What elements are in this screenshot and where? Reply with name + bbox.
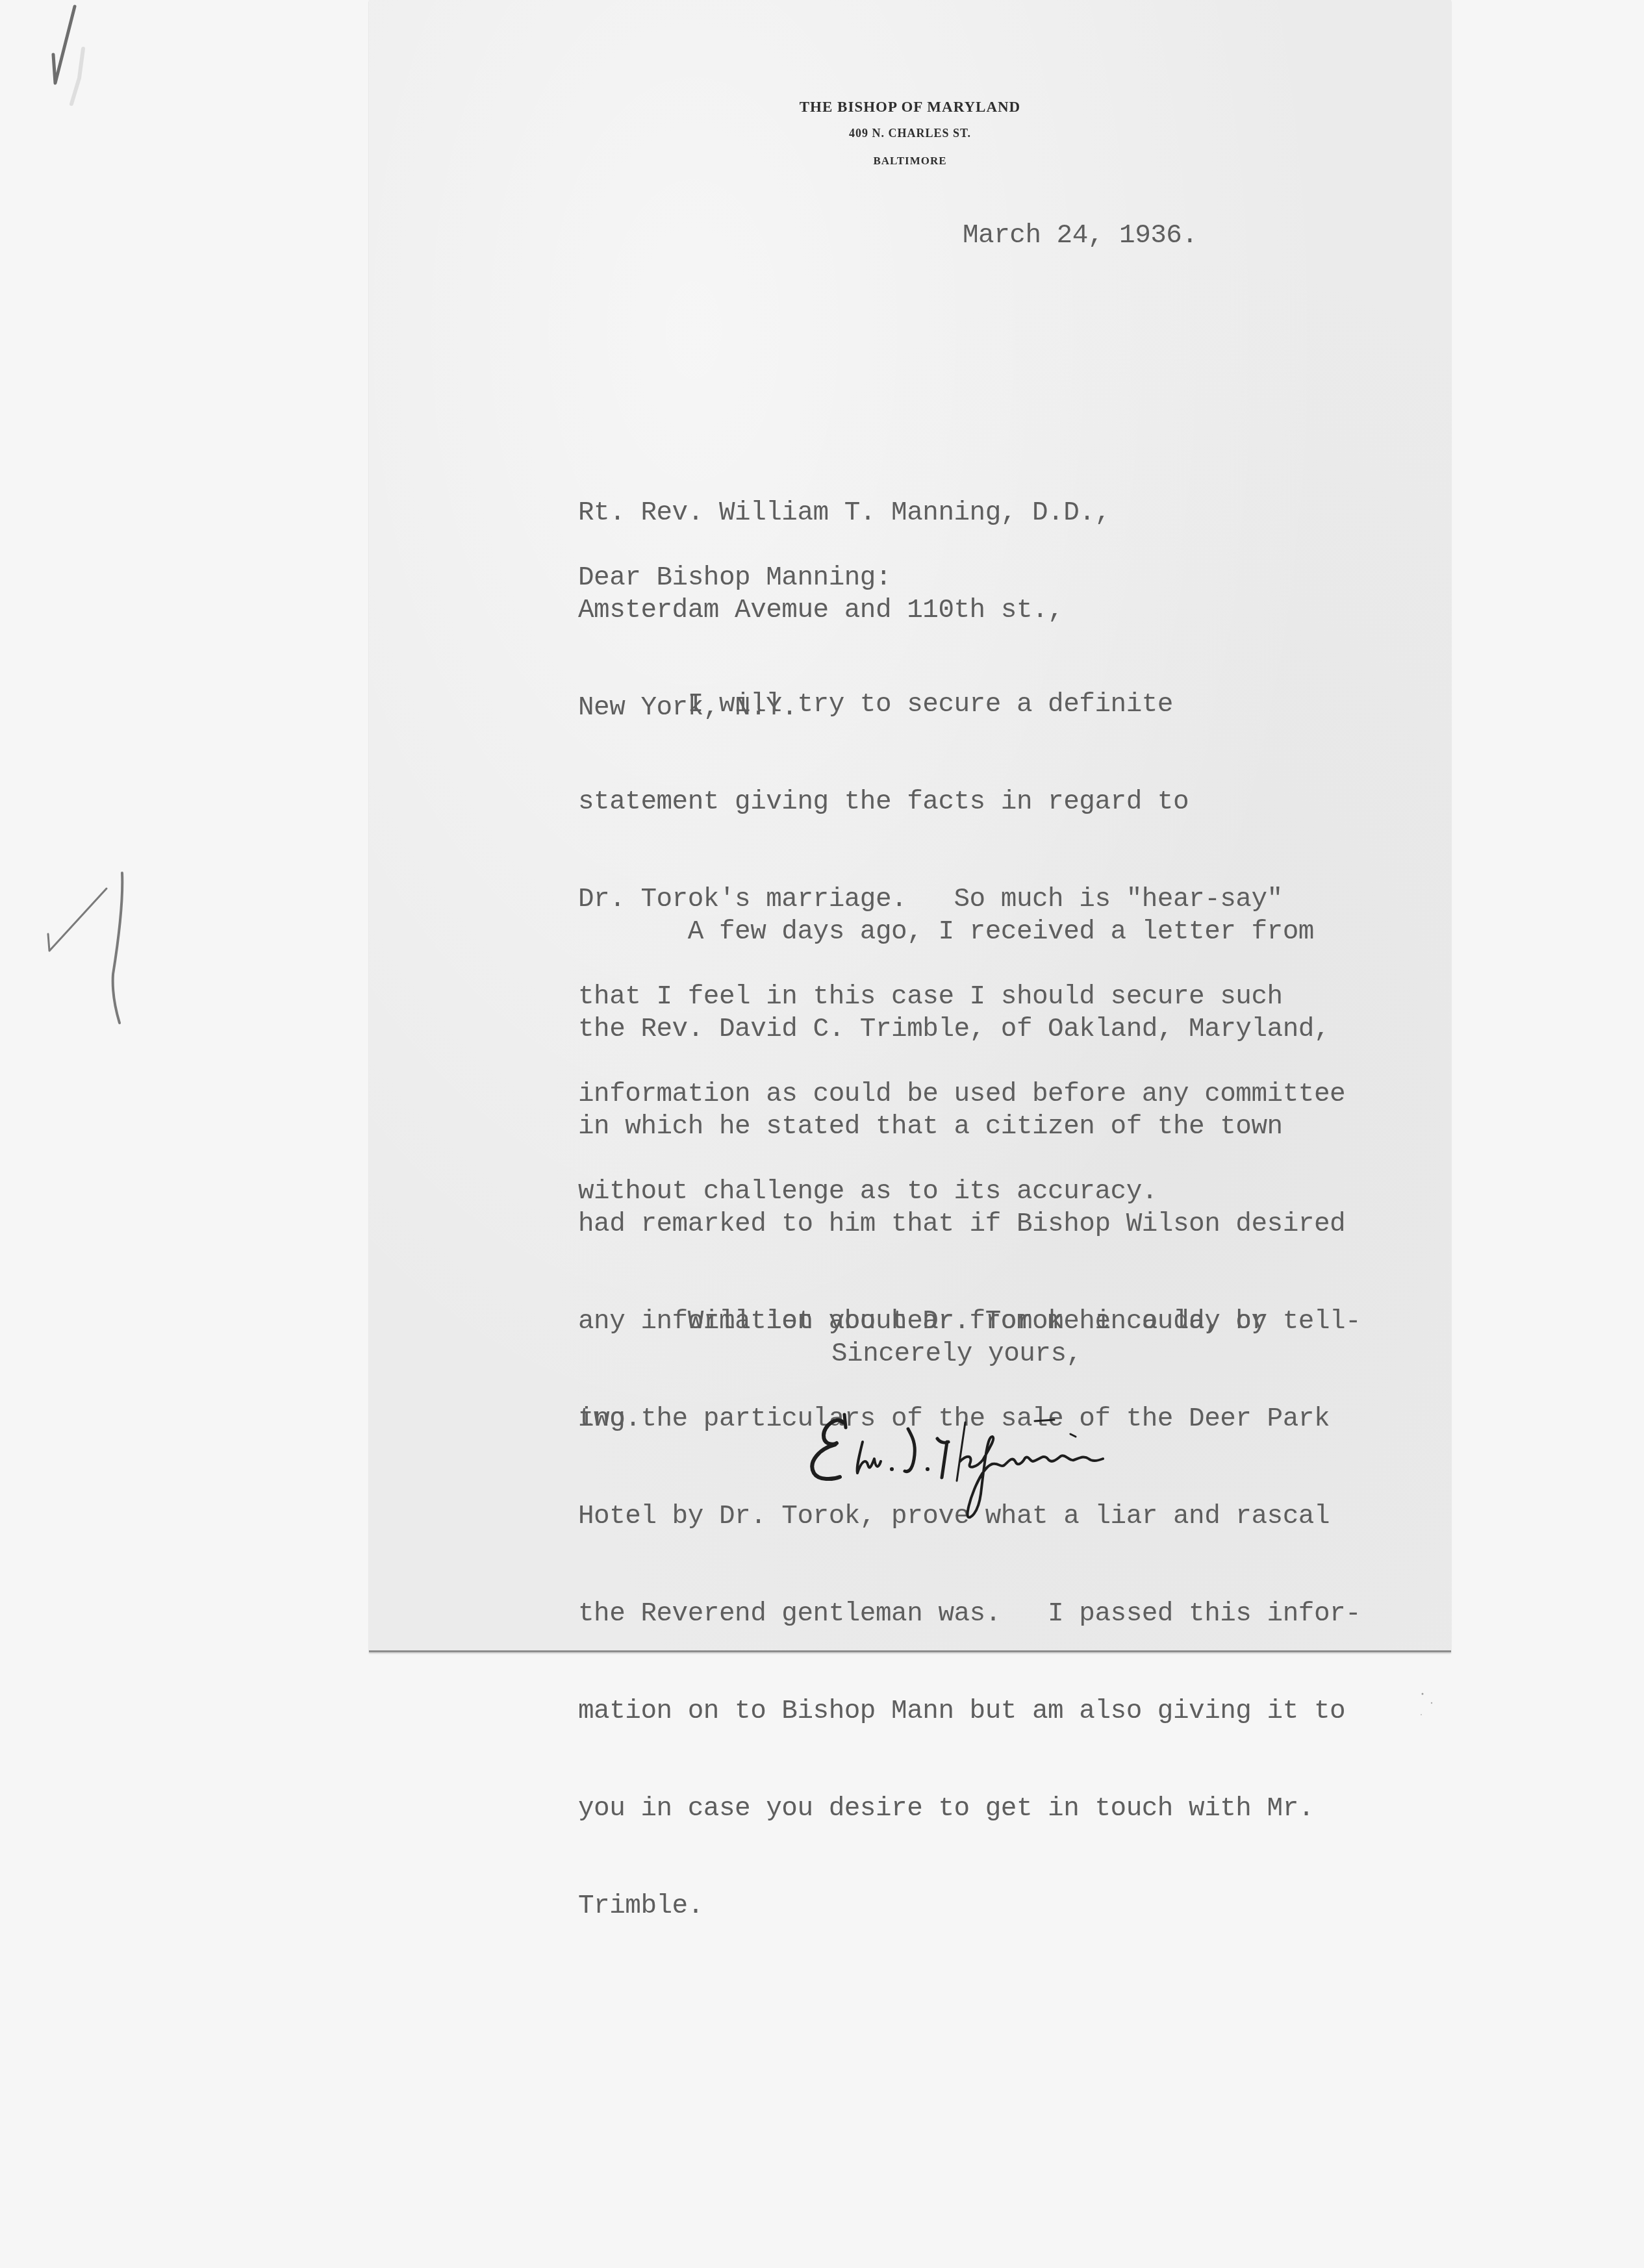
- salutation: Dear Bishop Manning:: [578, 562, 891, 594]
- inside-address-line: Amsterdam Avemue and 110th st.,: [578, 594, 1111, 627]
- complimentary-closing: Sincerely yours,: [831, 1338, 1082, 1370]
- letterhead-address: 409 N. CHARLES ST.: [369, 127, 1451, 140]
- body-line: had remarked to him that if Bishop Wilso…: [578, 1208, 1361, 1241]
- letter-page: THE BISHOP OF MARYLAND 409 N. CHARLES ST…: [369, 0, 1451, 1652]
- body-line: Will let you hear from me in a day or: [578, 1305, 1267, 1338]
- pencil-check-mark-icon: [39, 0, 91, 117]
- body-line: you in case you desire to get in touch w…: [578, 1793, 1361, 1825]
- body-line: A few days ago, I received a letter from: [578, 916, 1361, 948]
- letterhead-title: THE BISHOP OF MARYLAND: [369, 99, 1451, 116]
- margin-check-mark-icon: [34, 864, 138, 1033]
- body-line: I will try to secure a definite: [578, 688, 1345, 721]
- body-line: statement giving the facts in regard to: [578, 786, 1345, 818]
- body-line: the Reverend gentleman was. I passed thi…: [578, 1598, 1361, 1630]
- body-line: in which he stated that a citizen of the…: [578, 1111, 1361, 1143]
- letterhead-city: BALTIMORE: [369, 155, 1451, 168]
- body-line: Trimble.: [578, 1890, 1361, 1922]
- handwritten-signature: [798, 1396, 1213, 1526]
- scan-dust-specks: [1416, 1689, 1442, 1728]
- letter-date: March 24, 1936.: [963, 220, 1198, 252]
- body-line: mation on to Bishop Mann but am also giv…: [578, 1695, 1361, 1728]
- inside-address-line: Rt. Rev. William T. Manning, D.D.,: [578, 497, 1111, 529]
- body-line: the Rev. David C. Trimble, of Oakland, M…: [578, 1013, 1361, 1046]
